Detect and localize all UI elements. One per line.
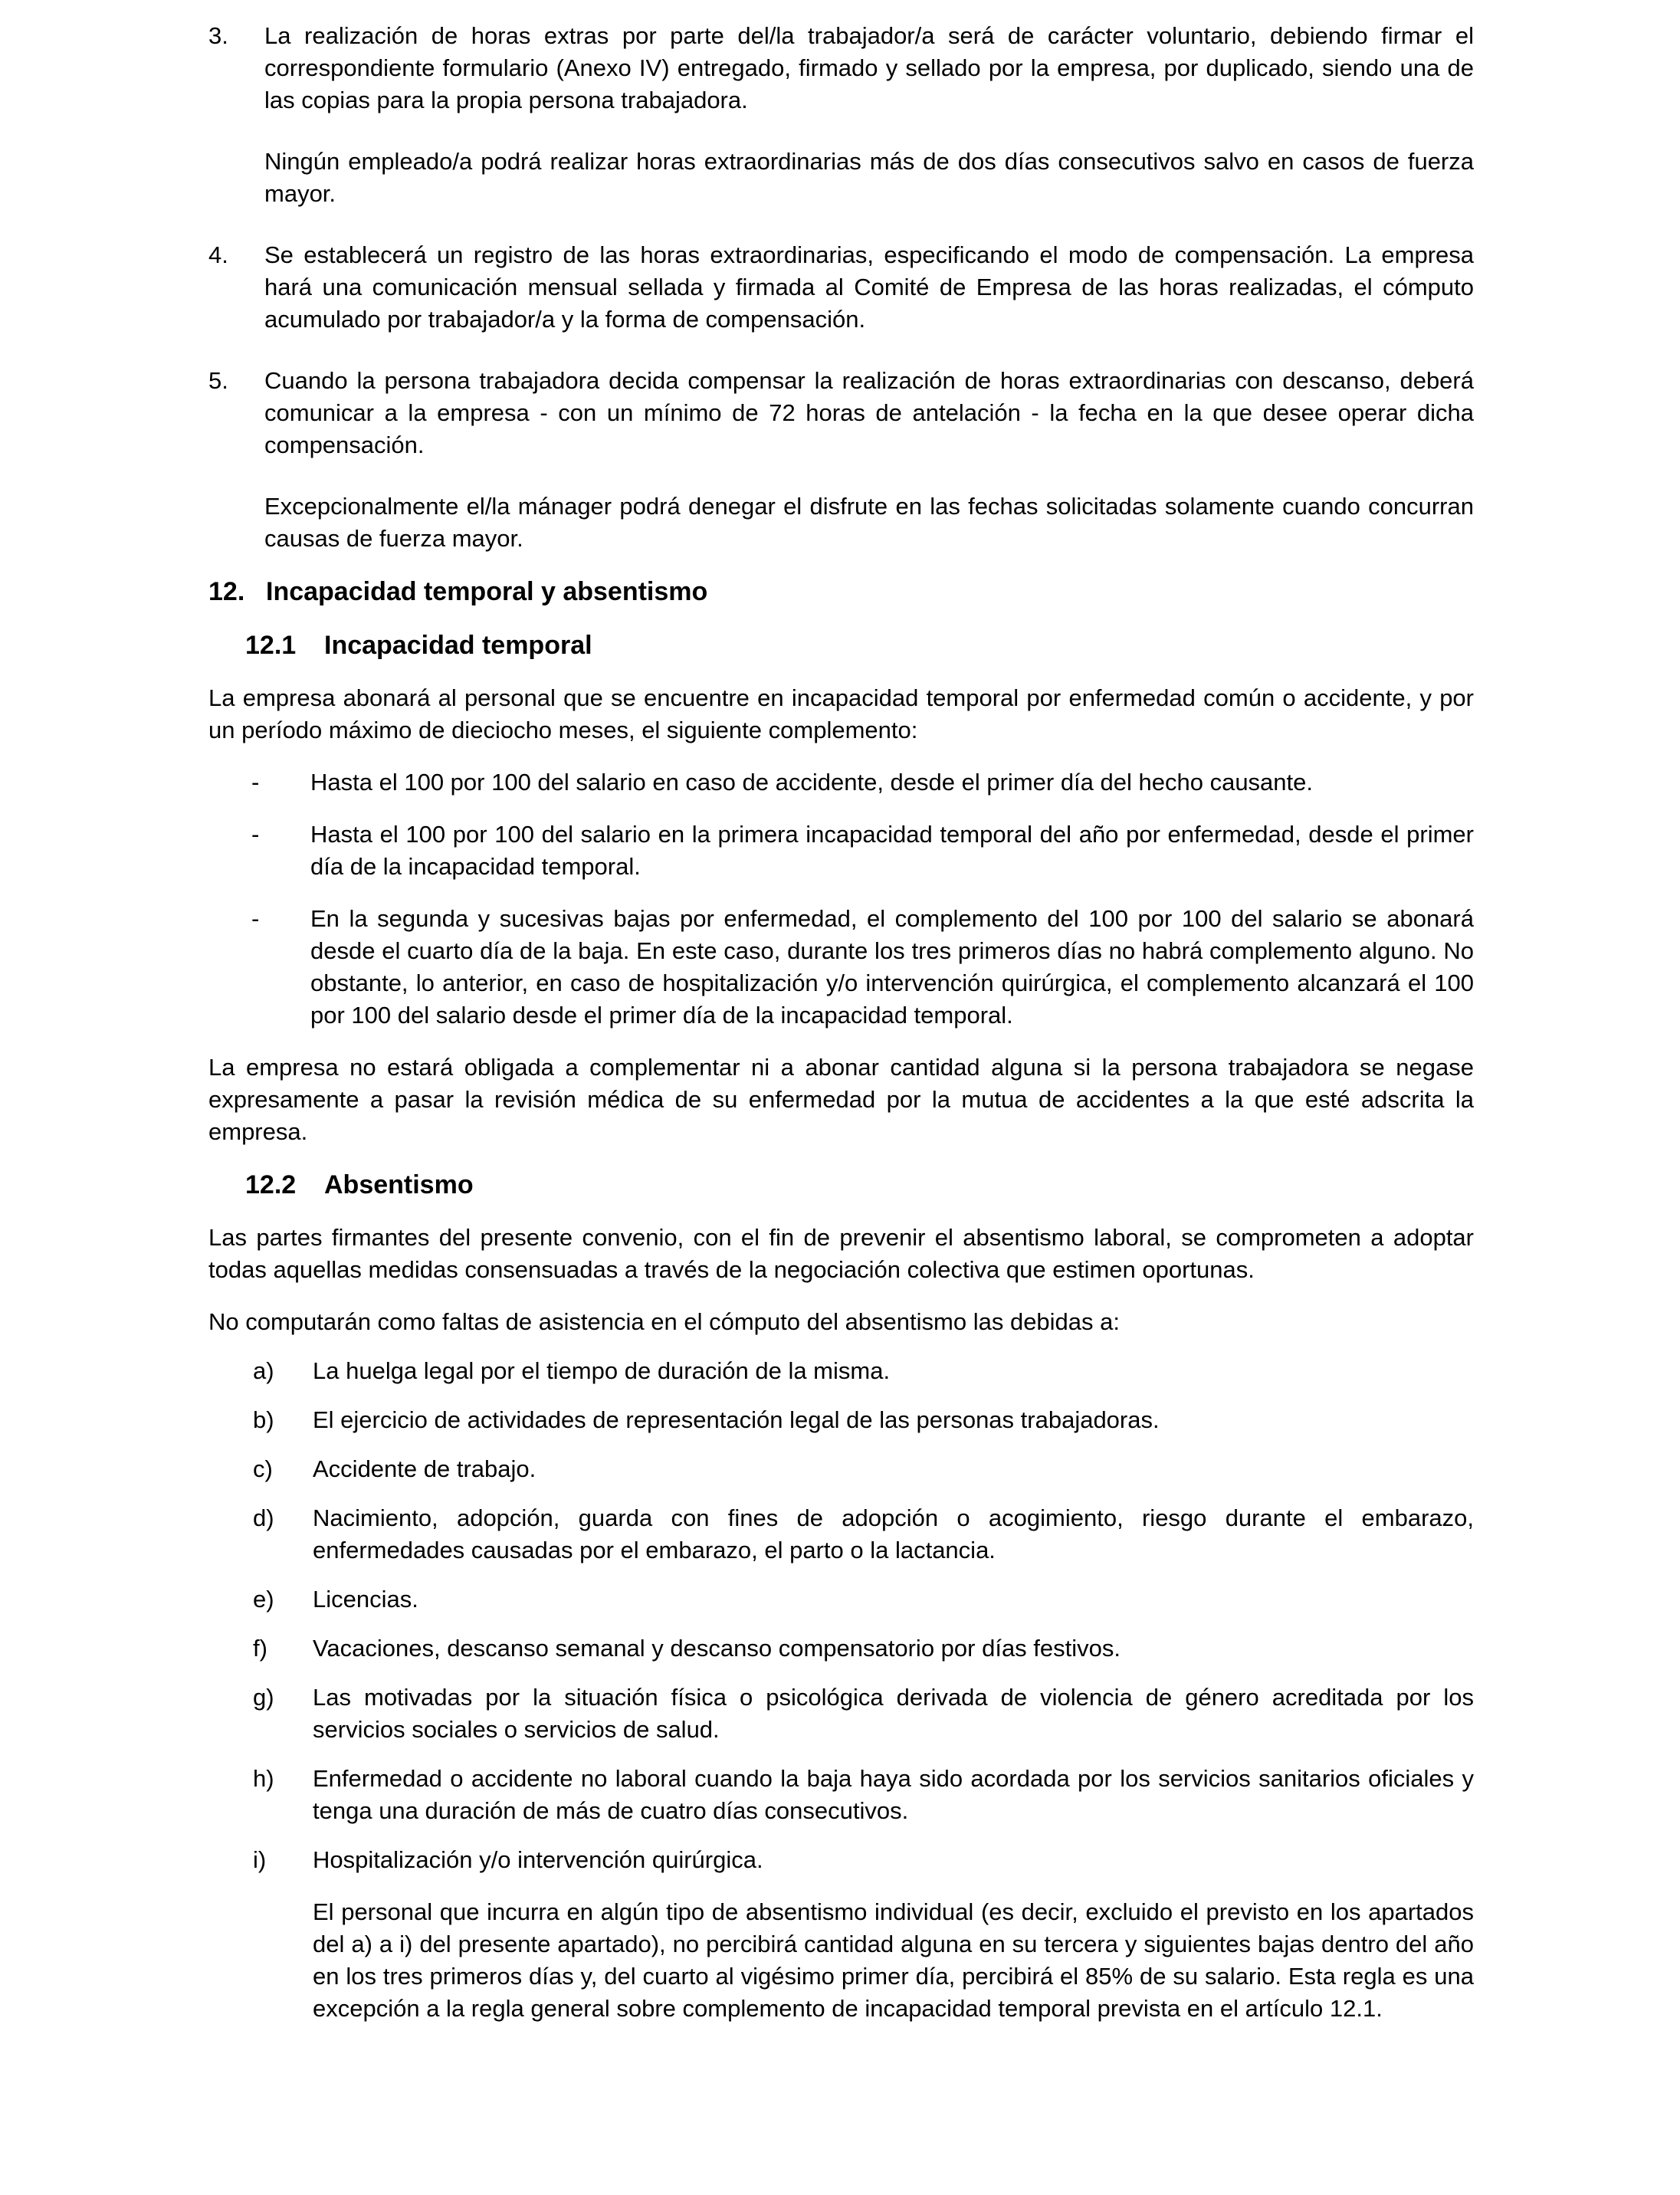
dash-item-1: - Hasta el 100 por 100 del salario en ca… (208, 766, 1474, 799)
lettered-item-text: Las motivadas por la situación física o … (313, 1682, 1474, 1746)
item-text: Cuando la persona trabajadora decida com… (264, 365, 1474, 461)
lettered-item-text: La huelga legal por el tiempo de duració… (313, 1355, 1474, 1387)
lettered-item-text: Accidente de trabajo. (313, 1453, 1474, 1485)
subsection-title: Incapacidad temporal (324, 631, 592, 660)
letter-marker: b) (253, 1404, 274, 1436)
section-heading-12: 12. Incapacidad temporal y absentismo (208, 575, 1474, 609)
lettered-item-text: El ejercicio de actividades de represent… (313, 1404, 1474, 1436)
item-text: Se establecerá un registro de las horas … (264, 239, 1474, 336)
dash-marker: - (251, 766, 259, 799)
dash-item-text: En la segunda y sucesivas bajas por enfe… (310, 903, 1474, 1032)
dash-item-3: - En la segunda y sucesivas bajas por en… (208, 903, 1474, 1032)
final-paragraph: El personal que incurra en algún tipo de… (313, 1896, 1474, 2025)
subsection-heading-12-1: 12.1 Incapacidad temporal (208, 628, 1474, 662)
dash-item-text: Hasta el 100 por 100 del salario en la p… (310, 819, 1474, 883)
section-title: Incapacidad temporal y absentismo (266, 577, 707, 606)
lettered-item-c: c) Accidente de trabajo. (208, 1453, 1474, 1485)
numbered-item-4: 4. Se establecerá un registro de las hor… (208, 239, 1474, 336)
letter-marker: a) (253, 1355, 274, 1387)
sub-paragraph-item-5: Excepcionalmente el/la mánager podrá den… (264, 491, 1474, 555)
subsection-title: Absentismo (324, 1170, 474, 1199)
lettered-item-text: Hospitalización y/o intervención quirúrg… (313, 1844, 1474, 1876)
subsection-heading-12-2: 12.2 Absentismo (208, 1168, 1474, 1202)
section-number: 12. (208, 575, 244, 609)
paragraph-12-2-second: No computarán como faltas de asistencia … (208, 1306, 1474, 1338)
letter-marker: h) (253, 1763, 274, 1795)
item-text: La realización de horas extras por parte… (264, 20, 1474, 116)
letter-marker: e) (253, 1583, 274, 1616)
lettered-item-text: Enfermedad o accidente no laboral cuando… (313, 1763, 1474, 1827)
paragraph-12-1-intro: La empresa abonará al personal que se en… (208, 682, 1474, 746)
item-number: 5. (208, 365, 228, 397)
letter-marker: c) (253, 1453, 273, 1485)
dash-marker: - (251, 819, 259, 851)
dash-item-2: - Hasta el 100 por 100 del salario en la… (208, 819, 1474, 883)
dash-marker: - (251, 903, 259, 935)
lettered-item-text: Nacimiento, adopción, guarda con fines d… (313, 1502, 1474, 1567)
lettered-item-a: a) La huelga legal por el tiempo de dura… (208, 1355, 1474, 1387)
lettered-item-text: Vacaciones, descanso semanal y descanso … (313, 1632, 1474, 1665)
lettered-item-f: f) Vacaciones, descanso semanal y descan… (208, 1632, 1474, 1665)
paragraph-12-2-first: Las partes firmantes del presente conven… (208, 1222, 1474, 1286)
lettered-item-g: g) Las motivadas por la situación física… (208, 1682, 1474, 1746)
letter-marker: d) (253, 1502, 274, 1534)
document-page: 3. La realización de horas extras por pa… (0, 0, 1680, 2195)
numbered-item-3: 3. La realización de horas extras por pa… (208, 20, 1474, 116)
lettered-item-b: b) El ejercicio de actividades de repres… (208, 1404, 1474, 1436)
item-number: 3. (208, 20, 228, 52)
subsection-number: 12.1 (245, 628, 296, 662)
dash-item-text: Hasta el 100 por 100 del salario en caso… (310, 766, 1474, 799)
subsection-number: 12.2 (245, 1168, 296, 1202)
lettered-item-d: d) Nacimiento, adopción, guarda con fine… (208, 1502, 1474, 1567)
lettered-item-e: e) Licencias. (208, 1583, 1474, 1616)
letter-marker: f) (253, 1632, 267, 1665)
letter-marker: g) (253, 1682, 274, 1714)
lettered-item-text: Licencias. (313, 1583, 1474, 1616)
letter-marker: i) (253, 1844, 266, 1876)
lettered-item-h: h) Enfermedad o accidente no laboral cua… (208, 1763, 1474, 1827)
numbered-item-5: 5. Cuando la persona trabajadora decida … (208, 365, 1474, 461)
paragraph-12-1-closing: La empresa no estará obligada a compleme… (208, 1052, 1474, 1148)
item-number: 4. (208, 239, 228, 271)
sub-paragraph-item-3: Ningún empleado/a podrá realizar horas e… (264, 146, 1474, 210)
lettered-item-i: i) Hospitalización y/o intervención quir… (208, 1844, 1474, 1876)
